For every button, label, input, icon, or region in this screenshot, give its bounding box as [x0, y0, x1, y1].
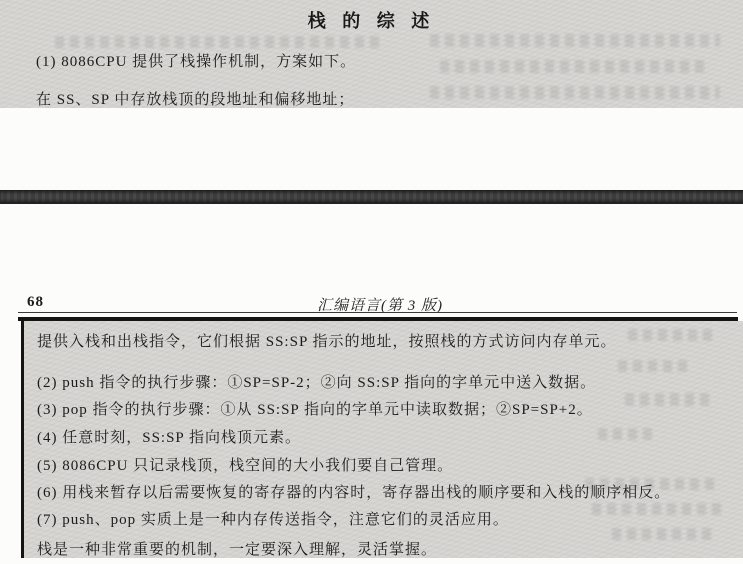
content-line: (2) push 指令的执行步骤：①SP=SP-2；②向 SS:SP 指向的字单…: [37, 371, 596, 392]
bleedthrough-smudge: [430, 34, 720, 47]
section-title: 栈 的 综 述: [0, 7, 743, 33]
scan-divider-bar: [0, 190, 743, 204]
bleedthrough-smudge: [55, 36, 385, 48]
content-line: (5) 8086CPU 只记录栈顶，栈空间的大小我们要自己管理。: [37, 454, 453, 475]
intro-line-2: 在 SS、SP 中存放栈顶的段地址和偏移地址；: [36, 88, 354, 109]
content-line: 提供入栈和出栈指令，它们根据 SS:SP 指示的地址，按照栈的方式访问内存单元。: [37, 330, 616, 351]
closing-line: 栈是一种非常重要的机制，一定要深入理解，灵活掌握。: [37, 538, 437, 559]
bleedthrough-smudge: [440, 60, 710, 73]
content-line: (7) push、pop 实质上是一种内存传送指令，注意它们的灵活应用。: [37, 508, 509, 529]
intro-line-1: (1) 8086CPU 提供了栈操作机制，方案如下。: [36, 50, 356, 71]
header-thin-rule: [18, 312, 737, 313]
content-line: (4) 任意时刻，SS:SP 指向栈顶元素。: [37, 426, 301, 447]
bleedthrough-smudge: [430, 86, 720, 99]
top-page-fragment: 栈 的 综 述 (1) 8086CPU 提供了栈操作机制，方案如下。 在 SS、…: [0, 0, 743, 108]
document-canvas: 栈 的 综 述 (1) 8086CPU 提供了栈操作机制，方案如下。 在 SS、…: [0, 0, 743, 564]
content-line: (6) 用栈来暂存以后需要恢复的寄存器的内容时，寄存器出栈的顺序要和入栈的顺序相…: [37, 481, 670, 502]
content-line: (3) pop 指令的执行步骤：①从 SS:SP 指向的字单元中读取数据；②SP…: [37, 398, 593, 419]
